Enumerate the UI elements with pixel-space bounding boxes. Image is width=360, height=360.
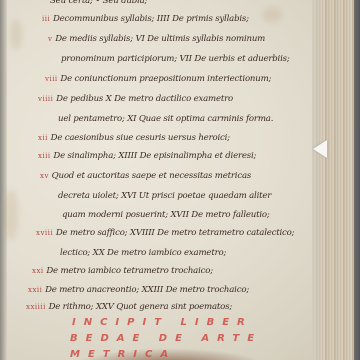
stain bbox=[10, 20, 22, 50]
text-line: viii De coniunctionum praepositionum int… bbox=[45, 74, 271, 84]
chapter-number: iii bbox=[42, 15, 53, 23]
text-line: xii De caesionibus siue cesuris uersus h… bbox=[38, 133, 230, 143]
chapter-title: pronominum participiorum; VII De uerbis … bbox=[61, 54, 290, 64]
incipit-rubric: BEDAE DE ARTE bbox=[70, 333, 262, 344]
text-line: xviii De metro saffico; XVIIII De metro … bbox=[36, 228, 294, 238]
chapter-title: Quod et auctoritas saepe et necessitas m… bbox=[52, 171, 251, 181]
chapter-title: Seu certa; • Seu dubia; bbox=[50, 0, 147, 6]
chapter-title: Decommunibus syllabis; IIII De primis sy… bbox=[53, 14, 249, 24]
text-line: lectico; XX De metro iambico exametro; bbox=[60, 248, 226, 258]
stain bbox=[262, 8, 282, 22]
incipit-rubric: METRICA bbox=[70, 349, 176, 360]
text-line: Seu certa; • Seu dubia; bbox=[50, 0, 147, 6]
chapter-title: De pedibus X De metro dactilico exametro bbox=[56, 94, 233, 104]
chapter-number: xxiiii bbox=[26, 303, 49, 311]
chapter-title: De sinalimpha; XIIII De episinalimpha et… bbox=[53, 151, 256, 161]
chapter-number: viii bbox=[45, 75, 60, 83]
chapter-title: quam moderni posuerint; XVII De metro fa… bbox=[62, 210, 270, 220]
incipit-rubric: INCIPIT LIBER bbox=[72, 317, 253, 328]
page-fore-edge bbox=[312, 0, 360, 360]
chapter-title: De metro saffico; XVIIII De metro tetram… bbox=[56, 228, 294, 238]
bookmark-tab-icon bbox=[313, 140, 327, 158]
text-line: viiii De pedibus X De metro dactilico ex… bbox=[38, 94, 233, 104]
stain bbox=[4, 190, 18, 240]
text-line: quam moderni posuerint; XVII De metro fa… bbox=[62, 210, 270, 220]
chapter-title: De caesionibus siue cesuris uersus heroi… bbox=[51, 133, 230, 143]
chapter-number: xxii bbox=[28, 286, 45, 294]
chapter-number: xv bbox=[40, 172, 52, 180]
text-line: xxii De metro anacreontio; XXIII De metr… bbox=[28, 285, 249, 295]
text-line: iii Decommunibus syllabis; IIII De primi… bbox=[42, 14, 249, 24]
chapter-title: De metro anacreontio; XXIII De metro tro… bbox=[45, 285, 249, 295]
chapter-title: uel pentametro; XI Quae sit optima carmi… bbox=[58, 114, 273, 124]
chapter-number: xiii bbox=[38, 152, 53, 160]
chapter-title: lectico; XX De metro iambico exametro; bbox=[60, 248, 226, 258]
chapter-title: De metro iambico tetrametro trochaico; bbox=[46, 266, 213, 276]
chapter-title: decreta uiolet; XVI Ut prisci poetae qua… bbox=[58, 191, 271, 201]
chapter-number: xxi bbox=[32, 267, 46, 275]
gutter-edge bbox=[0, 0, 7, 360]
chapter-number: xviii bbox=[36, 229, 56, 237]
text-line: pronominum participiorum; VII De uerbis … bbox=[61, 54, 290, 64]
text-line: v De mediis syllabis; VI De ultimis syll… bbox=[48, 34, 265, 44]
text-line: uel pentametro; XI Quae sit optima carmi… bbox=[58, 114, 273, 124]
chapter-number: viiii bbox=[38, 95, 56, 103]
text-line: decreta uiolet; XVI Ut prisci poetae qua… bbox=[58, 191, 271, 201]
chapter-number: xii bbox=[38, 134, 51, 142]
text-line: xv Quod et auctoritas saepe et necessita… bbox=[40, 171, 251, 181]
background-strip bbox=[354, 0, 360, 360]
text-line: xiii De sinalimpha; XIIII De episinalimp… bbox=[38, 151, 256, 161]
chapter-title: De mediis syllabis; VI De ultimis syllab… bbox=[55, 34, 265, 44]
text-line: xxi De metro iambico tetrametro trochaic… bbox=[32, 266, 213, 276]
text-line: xxiiii De rithmo; XXV Quot genera sint p… bbox=[26, 302, 232, 312]
manuscript-page: Seu certa; • Seu dubia;iii Decommunibus … bbox=[0, 0, 360, 360]
chapter-title: De coniunctionum praepositionum interiec… bbox=[60, 74, 271, 84]
chapter-title: De rithmo; XXV Quot genera sint poematos… bbox=[49, 302, 232, 312]
